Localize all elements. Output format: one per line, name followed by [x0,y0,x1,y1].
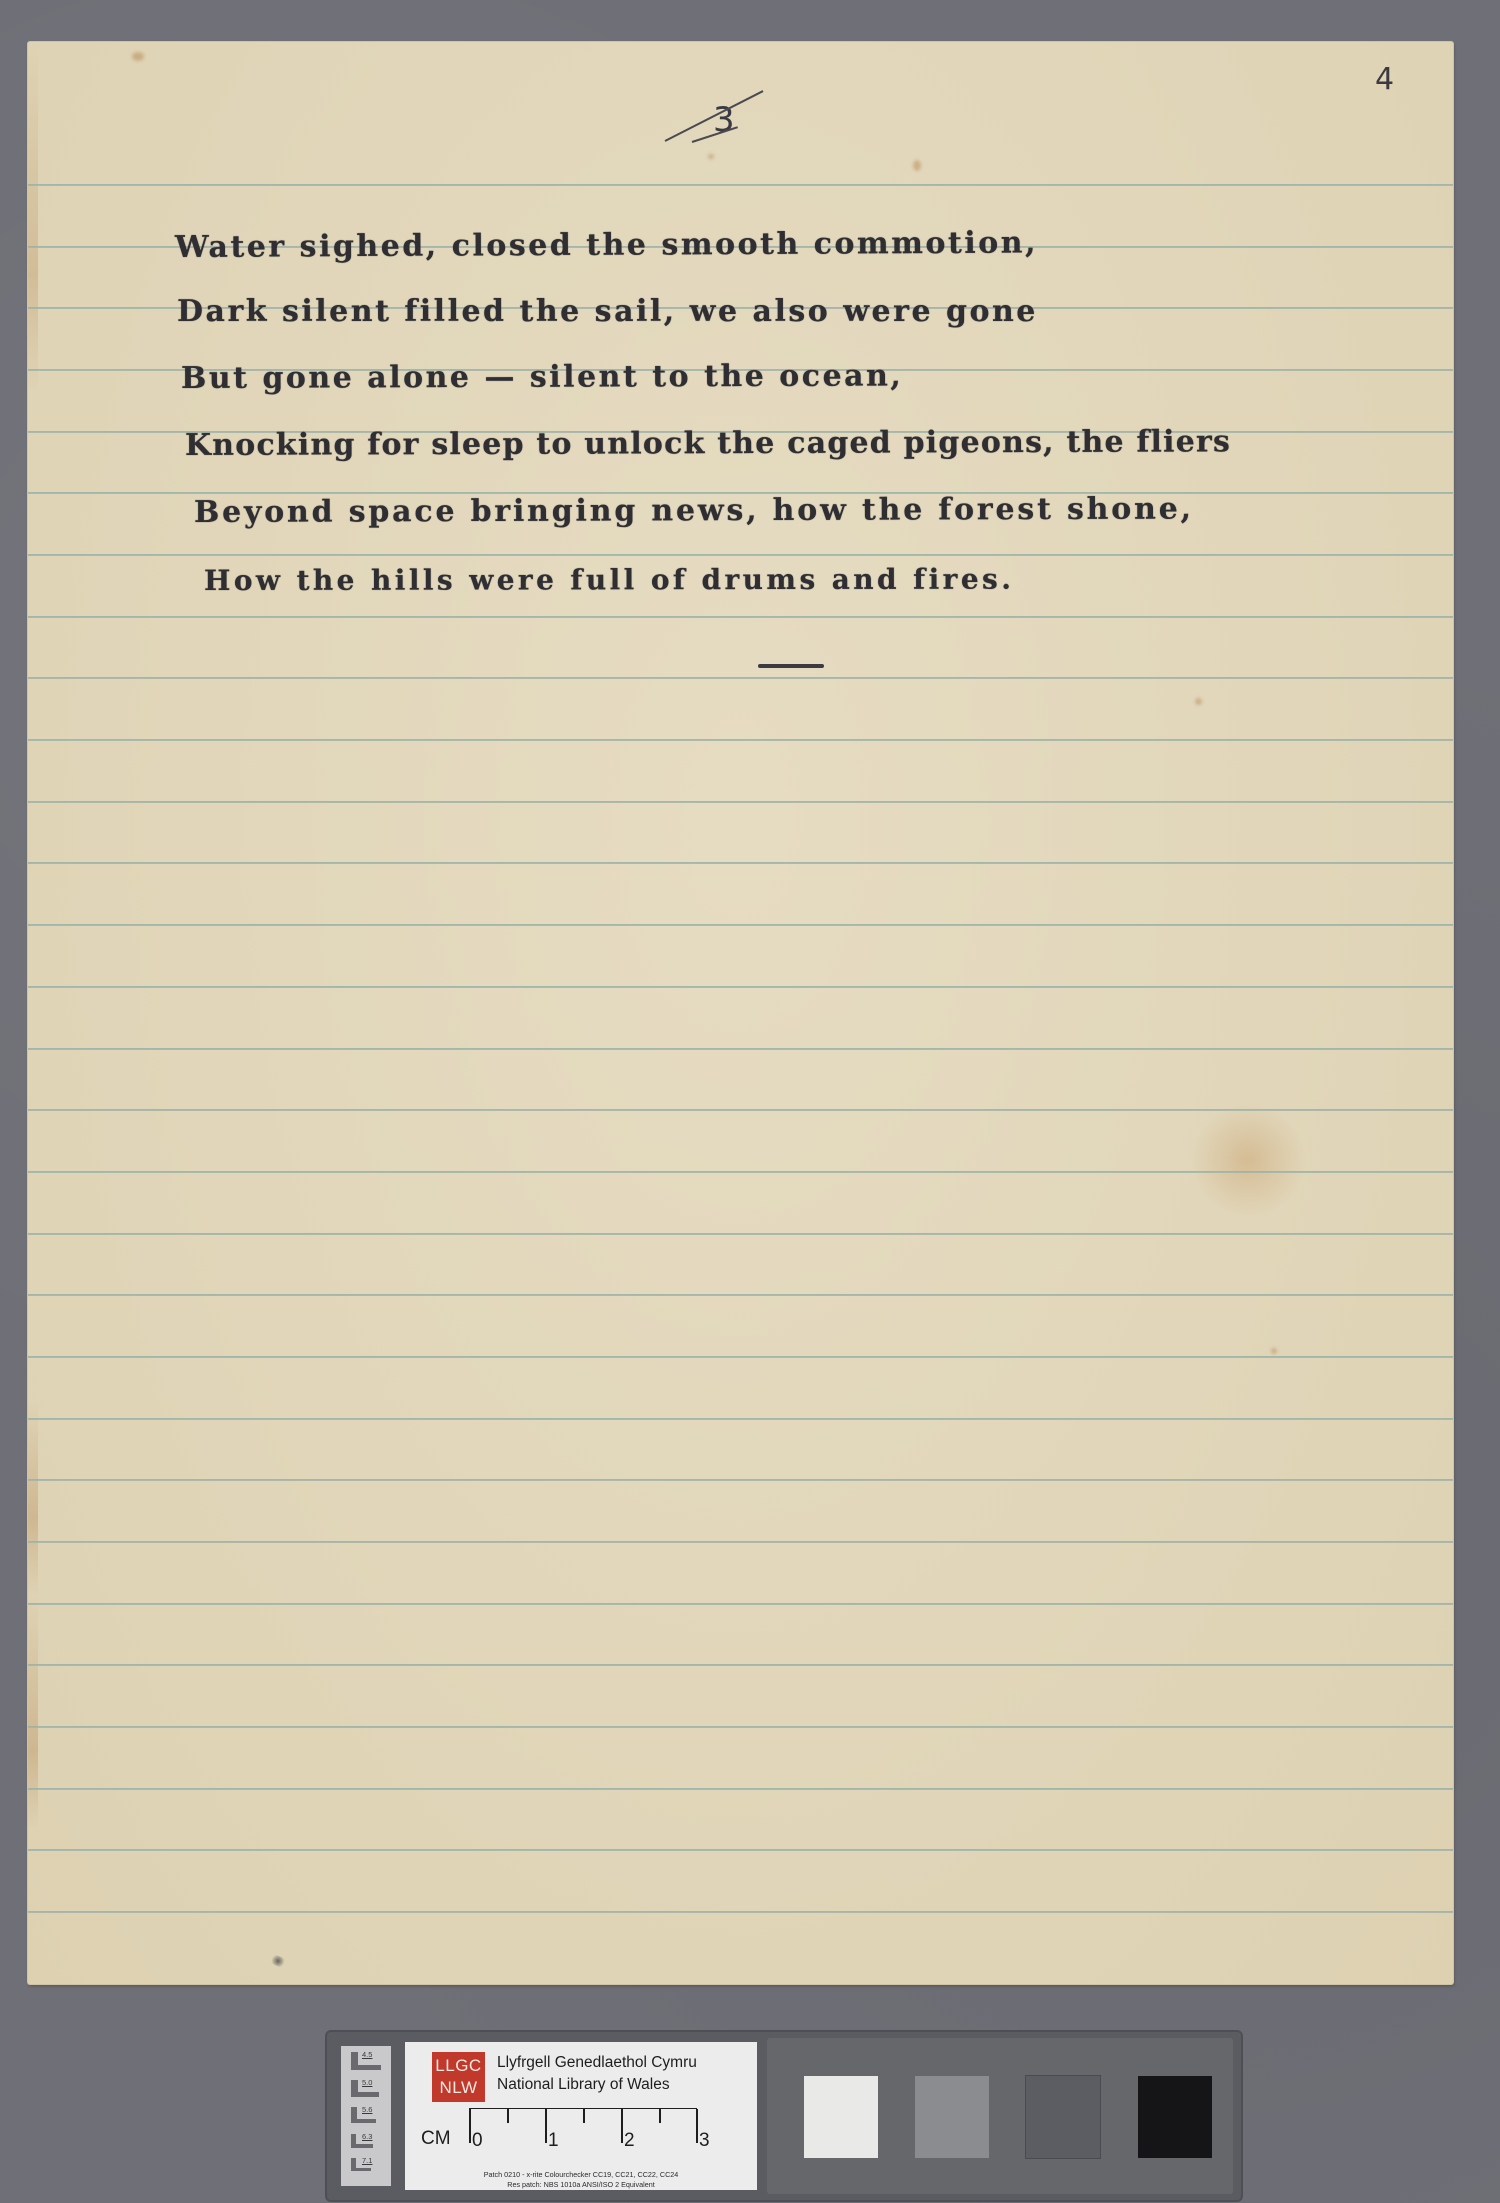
ruler-tick [659,2109,661,2123]
institution-name-english: National Library of Wales [497,2076,670,2094]
resolution-label: 5.0 [362,2078,372,2087]
edge-foxing [28,42,38,1984]
ruler-unit: CM [421,2129,451,2148]
cm-ruler: 0 1 2 3 [469,2108,697,2143]
patch-note: Patch 0210 - x-rite Colourchecker CC19, … [405,2170,757,2179]
ruler-label: 1 [548,2131,559,2150]
grey-patch-light [915,2076,989,2158]
stain [708,154,714,159]
calibration-target: 4.5 5.0 5.6 6.3 [327,2032,1241,2200]
ruler-label: 2 [624,2131,635,2150]
grey-patch-card [767,2038,1233,2194]
grey-patch-black [1138,2076,1212,2158]
ruler-label: 0 [472,2131,483,2150]
ruled-line [28,1109,1453,1111]
ruled-line [28,1726,1453,1728]
poem-line-1: Water sighed, closed the smooth commotio… [175,225,1038,265]
ink-smudge [269,1953,288,1969]
ruled-line [28,801,1453,803]
ruler-tick [469,2109,471,2143]
ruler-tick [583,2109,585,2123]
resolution-label: 6.3 [362,2132,372,2141]
poem-line-6: How the hills were full of drums and fir… [204,563,1014,597]
ruled-line [28,1418,1453,1420]
ruled-line [28,1356,1453,1358]
ruled-line [28,739,1453,741]
grey-patch-dark [1026,2076,1100,2158]
resolution-label: 4.5 [362,2050,372,2059]
logo-text-nlw: NLW [432,2077,485,2099]
ruler-tick [545,2109,547,2143]
ruled-line [28,554,1453,556]
ruled-line [28,986,1453,988]
ruled-line [28,1294,1453,1296]
stain [132,52,144,61]
ruler-tick [507,2109,509,2123]
fold-stain [1188,1105,1308,1215]
ruled-line [28,862,1453,864]
resolution-mark: 6.3 [351,2134,373,2148]
resolution-mark: 5.6 [351,2107,376,2123]
stain [1271,1348,1277,1354]
ruled-line [28,1911,1453,1913]
poem-line-2: Dark silent filled the sail, we also wer… [177,294,1038,329]
ruled-line [28,1171,1453,1173]
poem-line-3: But gone alone — silent to the ocean, [181,358,904,396]
ruled-line [28,924,1453,926]
ruled-line [28,1541,1453,1543]
ruler-label: 3 [699,2131,710,2150]
library-card: LLGC NLW Llyfrgell Genedlaethol Cymru Na… [405,2042,757,2190]
grey-patch-white [804,2076,878,2158]
ruled-line [28,1048,1453,1050]
stain [913,160,921,171]
ruled-line [28,1849,1453,1851]
ruled-line [28,1479,1453,1481]
resolution-mark: 4.5 [351,2052,381,2070]
stain [1195,698,1202,705]
poem-line-5: Beyond space bringing news, how the fore… [194,492,1194,530]
poem-line-4: Knocking for sleep to unlock the caged p… [185,424,1231,463]
res-patch-note: Res patch: NBS 1010a ANSI/ISO 2 Equivale… [405,2180,757,2189]
resolution-label: 7.1 [362,2156,372,2165]
manuscript-page: 3 4 Water sighed, closed the smooth comm… [28,42,1453,1984]
resolution-mark: 7.1 [351,2158,371,2171]
ruled-line [28,1788,1453,1790]
ruled-line [28,1233,1453,1235]
institution-name-welsh: Llyfrgell Genedlaethol Cymru [497,2054,697,2072]
resolution-mark: 5.0 [351,2080,379,2097]
ruled-line [28,1664,1453,1666]
page-number: 4 [1375,62,1394,97]
ruler-tick [621,2109,623,2143]
ruled-line [28,1603,1453,1605]
resolution-scale: 4.5 5.0 5.6 6.3 [341,2046,391,2186]
ruled-line [28,184,1453,186]
ruled-line [28,616,1453,618]
ruler-tick [696,2109,698,2143]
logo-text-llgc: LLGC [432,2055,485,2077]
separator-dash [758,664,824,668]
resolution-label: 5.6 [362,2105,372,2114]
ruled-line [28,677,1453,679]
nlw-logo: LLGC NLW [432,2052,485,2102]
scan-background: { "document": { "folio_number": "3", "pa… [0,0,1500,2203]
